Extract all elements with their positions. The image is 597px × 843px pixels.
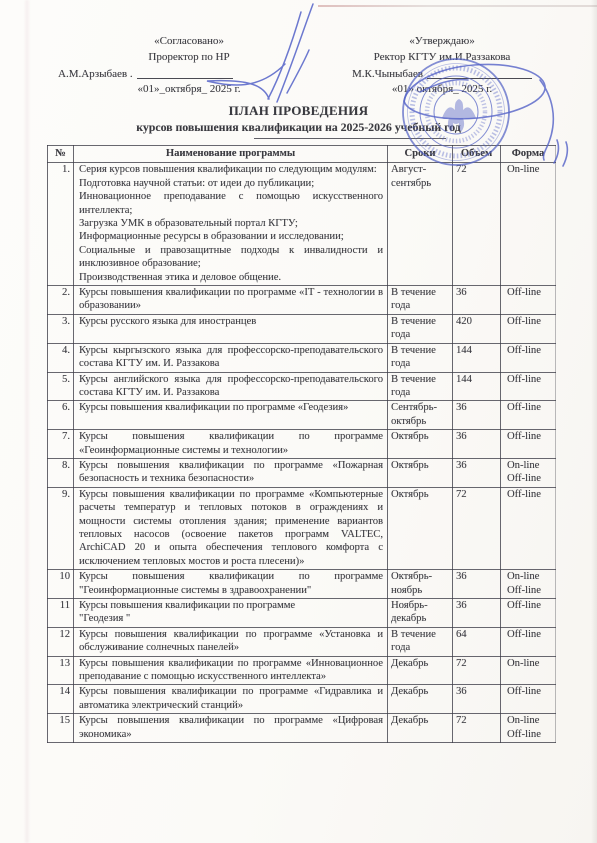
signature-line [137, 66, 233, 79]
table-row: 8. Курсы повышения квалификации по прогр… [48, 458, 556, 487]
table-row: 10 Курсы повышения квалификации по прогр… [48, 570, 556, 599]
program-dates: В течение года [388, 314, 453, 343]
program-form: Off-line [501, 487, 556, 569]
program-form: Off-line [501, 401, 556, 430]
program-dates: В течение года [388, 627, 453, 656]
program-form: Off-line [501, 286, 556, 315]
approval-block-right: «Утверждаю» Ректор КГТУ им.И.Раззакова М… [352, 34, 532, 98]
program-volume: 36 [453, 430, 501, 459]
row-number: 13 [48, 656, 74, 685]
program-form: Off-line [501, 599, 556, 628]
approval-left-label: «Согласовано» [58, 34, 320, 50]
program-volume: 144 [453, 343, 501, 372]
program-volume: 72 [453, 163, 501, 286]
program-volume: 36 [453, 570, 501, 599]
table-row: 6. Курсы повышения квалификации по прогр… [48, 401, 556, 430]
program-form: Off-line [501, 343, 556, 372]
table-row: 15 Курсы повышения квалификации по прогр… [48, 714, 556, 743]
program-name: Курсы повышения квалификации по программ… [74, 714, 388, 743]
program-form: Off-line [501, 430, 556, 459]
program-name: Курсы повышения квалификации по программ… [74, 685, 388, 714]
program-volume: 36 [453, 458, 501, 487]
table-row: 11 Курсы повышения квалификации по прогр… [48, 599, 556, 628]
program-dates: В течение года [388, 286, 453, 315]
program-volume: 64 [453, 627, 501, 656]
program-form: Off-line [501, 685, 556, 714]
program-volume: 72 [453, 487, 501, 569]
program-form: On-line [501, 656, 556, 685]
program-form: Off-line [501, 372, 556, 401]
program-form: Off-line [501, 627, 556, 656]
program-dates: Октябрь [388, 487, 453, 569]
plan-table-body: 1. Серия курсов повышения квалификации п… [48, 163, 556, 743]
approval-right-role: Ректор КГТУ им.И.Раззакова [352, 50, 532, 66]
table-row: 5. Курсы английского языка для профессор… [48, 372, 556, 401]
program-form: On-line Off-line [501, 458, 556, 487]
header-dates: Сроки [388, 146, 453, 163]
row-number: 11 [48, 599, 74, 628]
row-number: 7. [48, 430, 74, 459]
program-name: Курсы повышения квалификации по программ… [74, 656, 388, 685]
table-row: 1. Серия курсов повышения квалификации п… [48, 163, 556, 286]
approval-left-date: «01»_октября_ 2025 г. [58, 82, 320, 98]
table-row: 2. Курсы повышения квалификации по прогр… [48, 286, 556, 315]
program-dates: Декабрь [388, 685, 453, 714]
scan-artifact-top-line [318, 5, 597, 7]
courses-plan-table: № Наименование программы Сроки Объем Фор… [47, 145, 556, 743]
program-dates: Октябрь [388, 458, 453, 487]
scanned-document-page: «Согласовано» Проректор по НР А.М.Арзыба… [0, 0, 597, 843]
header-volume: Объем [453, 146, 501, 163]
row-number: 14 [48, 685, 74, 714]
program-volume: 36 [453, 286, 501, 315]
program-dates: Октябрь [388, 430, 453, 459]
approval-right-signature-row: М.К.Чыныбаев [352, 66, 532, 82]
header-form: Форма [501, 146, 556, 163]
program-volume: 36 [453, 401, 501, 430]
header-program-name: Наименование программы [74, 146, 388, 163]
program-form: Off-line [501, 314, 556, 343]
row-number: 1. [48, 163, 74, 286]
approval-right-label: «Утверждаю» [352, 34, 532, 50]
document-title: ПЛАН ПРОВЕДЕНИЯ [0, 103, 597, 119]
row-number: 8. [48, 458, 74, 487]
program-volume: 420 [453, 314, 501, 343]
program-name: Курсы кыргызского языка для профессорско… [74, 343, 388, 372]
row-number: 4. [48, 343, 74, 372]
approval-right-date: «01» октября_ 2025 г. [352, 82, 532, 98]
program-form: On-line [501, 163, 556, 286]
table-header-row: № Наименование программы Сроки Объем Фор… [48, 146, 556, 163]
table-row: 13 Курсы повышения квалификации по прогр… [48, 656, 556, 685]
program-dates: Ноябрь- декабрь [388, 599, 453, 628]
program-dates: Декабрь [388, 656, 453, 685]
program-dates: Октябрь- ноябрь [388, 570, 453, 599]
approval-left-role: Проректор по НР [58, 50, 320, 66]
program-form: On-line Off-line [501, 714, 556, 743]
program-name: Курсы повышения квалификации по программ… [74, 458, 388, 487]
program-name: Серия курсов повышения квалификации по с… [74, 163, 388, 286]
program-name: Курсы повышения квалификации по программ… [74, 599, 388, 628]
program-volume: 144 [453, 372, 501, 401]
program-volume: 72 [453, 714, 501, 743]
row-number: 2. [48, 286, 74, 315]
row-number: 10 [48, 570, 74, 599]
program-name: Курсы английского языка для профессорско… [74, 372, 388, 401]
row-number: 15 [48, 714, 74, 743]
program-name: Курсы повышения квалификации по программ… [74, 286, 388, 315]
table-row: 12 Курсы повышения квалификации по прогр… [48, 627, 556, 656]
row-number: 9. [48, 487, 74, 569]
program-dates: Декабрь [388, 714, 453, 743]
table-row: 7. Курсы повышения квалификации по прогр… [48, 430, 556, 459]
program-name: Курсы повышения квалификации по программ… [74, 430, 388, 459]
program-dates: В течение года [388, 343, 453, 372]
program-dates: Сентябрь- октябрь [388, 401, 453, 430]
approval-left-signature-row: А.М.Арзыбаев . [58, 66, 320, 82]
approval-left-name: А.М.Арзыбаев . [58, 67, 133, 83]
program-form: On-line Off-line [501, 570, 556, 599]
table-row: 14 Курсы повышения квалификации по прогр… [48, 685, 556, 714]
row-number: 12 [48, 627, 74, 656]
program-name: Курсы повышения квалификации по программ… [74, 487, 388, 569]
title-underline [254, 138, 446, 139]
program-dates: Август- сентябрь [388, 163, 453, 286]
document-subtitle: курсов повышения квалификации на 2025-20… [0, 120, 597, 135]
approval-block-left: «Согласовано» Проректор по НР А.М.Арзыба… [58, 34, 320, 98]
program-name: Курсы повышения квалификации по программ… [74, 627, 388, 656]
row-number: 5. [48, 372, 74, 401]
header-number: № [48, 146, 74, 163]
program-volume: 36 [453, 685, 501, 714]
program-volume: 72 [453, 656, 501, 685]
program-name: Курсы повышения квалификации по программ… [74, 570, 388, 599]
signature-line [427, 66, 532, 79]
row-number: 3. [48, 314, 74, 343]
program-volume: 36 [453, 599, 501, 628]
table-row: 3. Курсы русского языка для иностранцев … [48, 314, 556, 343]
table-row: 9. Курсы повышения квалификации по прогр… [48, 487, 556, 569]
program-name: Курсы русского языка для иностранцев [74, 314, 388, 343]
program-name: Курсы повышения квалификации по программ… [74, 401, 388, 430]
approval-right-name: М.К.Чыныбаев [352, 67, 423, 83]
table-row: 4. Курсы кыргызского языка для профессор… [48, 343, 556, 372]
row-number: 6. [48, 401, 74, 430]
program-dates: В течение года [388, 372, 453, 401]
